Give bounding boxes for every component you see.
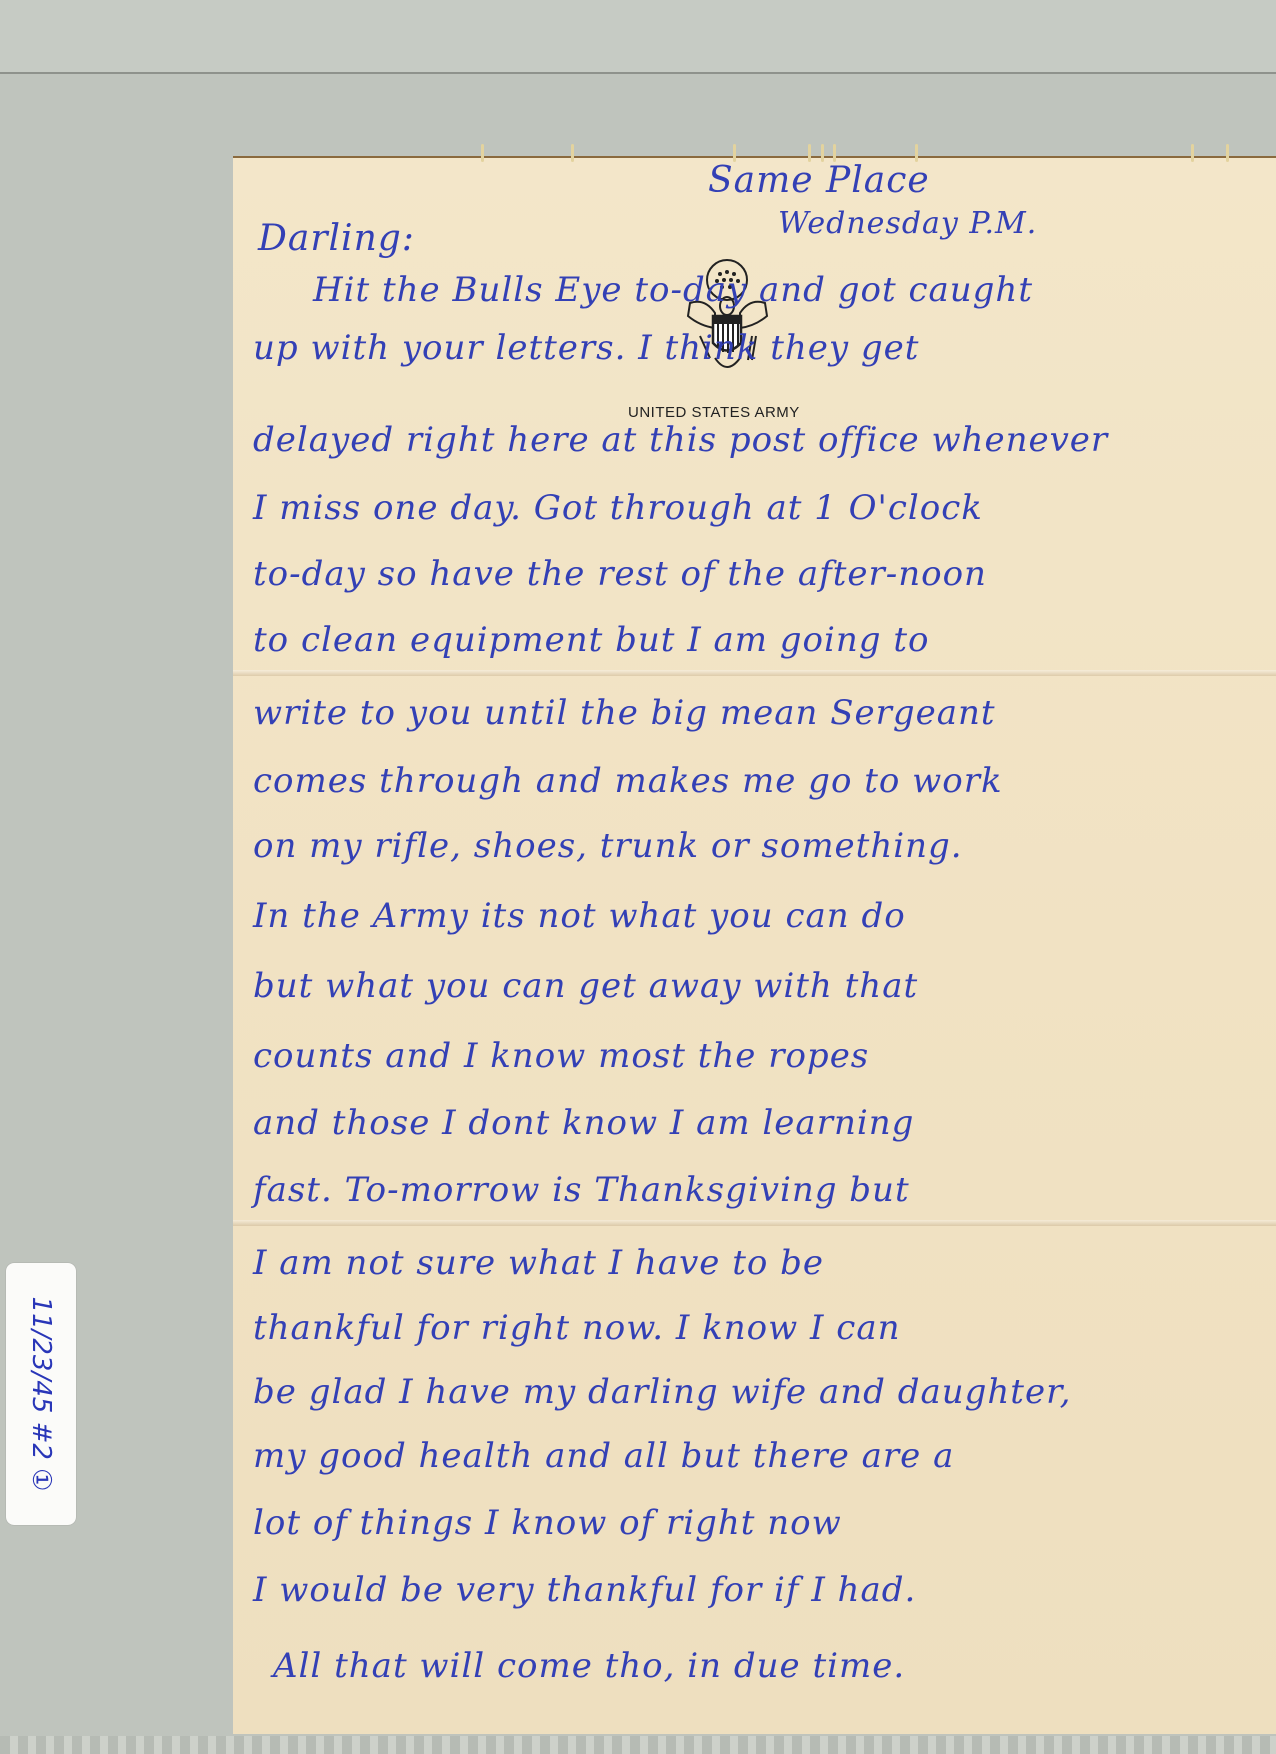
letter-line: delayed right here at this post office w… (253, 420, 1108, 460)
letter-line: to clean equipment but I am going to (253, 620, 930, 660)
paper-fiber (1191, 144, 1194, 162)
letter-page: UNITED STATES ARMY Same Place Wednesday … (233, 156, 1276, 1734)
letter-line: on my rifle, shoes, trunk or something. (253, 826, 963, 866)
letter-line: thankful for right now. I know I can (253, 1308, 901, 1348)
sleeve-perforated-edge (0, 1736, 1276, 1754)
letter-line: I would be very thankful for if I had. (253, 1570, 916, 1610)
letter-line: to-day so have the rest of the after-noo… (253, 554, 987, 594)
archive-label-text: 11/23/45 #2 ① (26, 1297, 56, 1492)
paper-fiber (571, 144, 574, 162)
paper-fiber (1226, 144, 1229, 162)
letter-line: up with your letters. I think they get (253, 328, 919, 368)
letterhead-organization: UNITED STATES ARMY (628, 404, 800, 421)
letter-salutation: Darling: (258, 218, 415, 259)
archive-label-number: #2 (26, 1422, 56, 1460)
fold-crease (233, 1220, 1276, 1226)
letter-line: write to you until the big mean Sergeant (253, 693, 996, 733)
letter-line: In the Army its not what you can do (253, 896, 906, 936)
letter-place: Same Place (708, 160, 930, 201)
letter-line: counts and I know most the ropes (253, 1036, 869, 1076)
letter-line: Hit the Bulls Eye to-day and got caught (313, 270, 1033, 310)
letter-line: lot of things I know of right now (253, 1503, 842, 1543)
scanner-top-strip (0, 0, 1276, 74)
letter-line: I am not sure what I have to be (253, 1243, 824, 1283)
archive-label-date: 11/23/45 (26, 1297, 56, 1414)
archive-label: 11/23/45 #2 ① (6, 1263, 76, 1525)
archive-label-page: ① (26, 1468, 56, 1491)
letter-line: fast. To-morrow is Thanksgiving but (253, 1170, 910, 1210)
letter-line: I miss one day. Got through at 1 O'clock (253, 488, 983, 528)
letter-day: Wednesday P.M. (778, 206, 1037, 241)
letter-line: All that will come tho, in due time. (273, 1646, 905, 1686)
letter-line: but what you can get away with that (253, 966, 918, 1006)
paper-fiber (481, 144, 484, 162)
letter-line: be glad I have my darling wife and daugh… (253, 1372, 1071, 1412)
fold-crease (233, 670, 1276, 676)
letter-line: and those I dont know I am learning (253, 1103, 914, 1143)
letter-line: my good health and all but there are a (253, 1436, 954, 1476)
letter-line: comes through and makes me go to work (253, 761, 1003, 801)
